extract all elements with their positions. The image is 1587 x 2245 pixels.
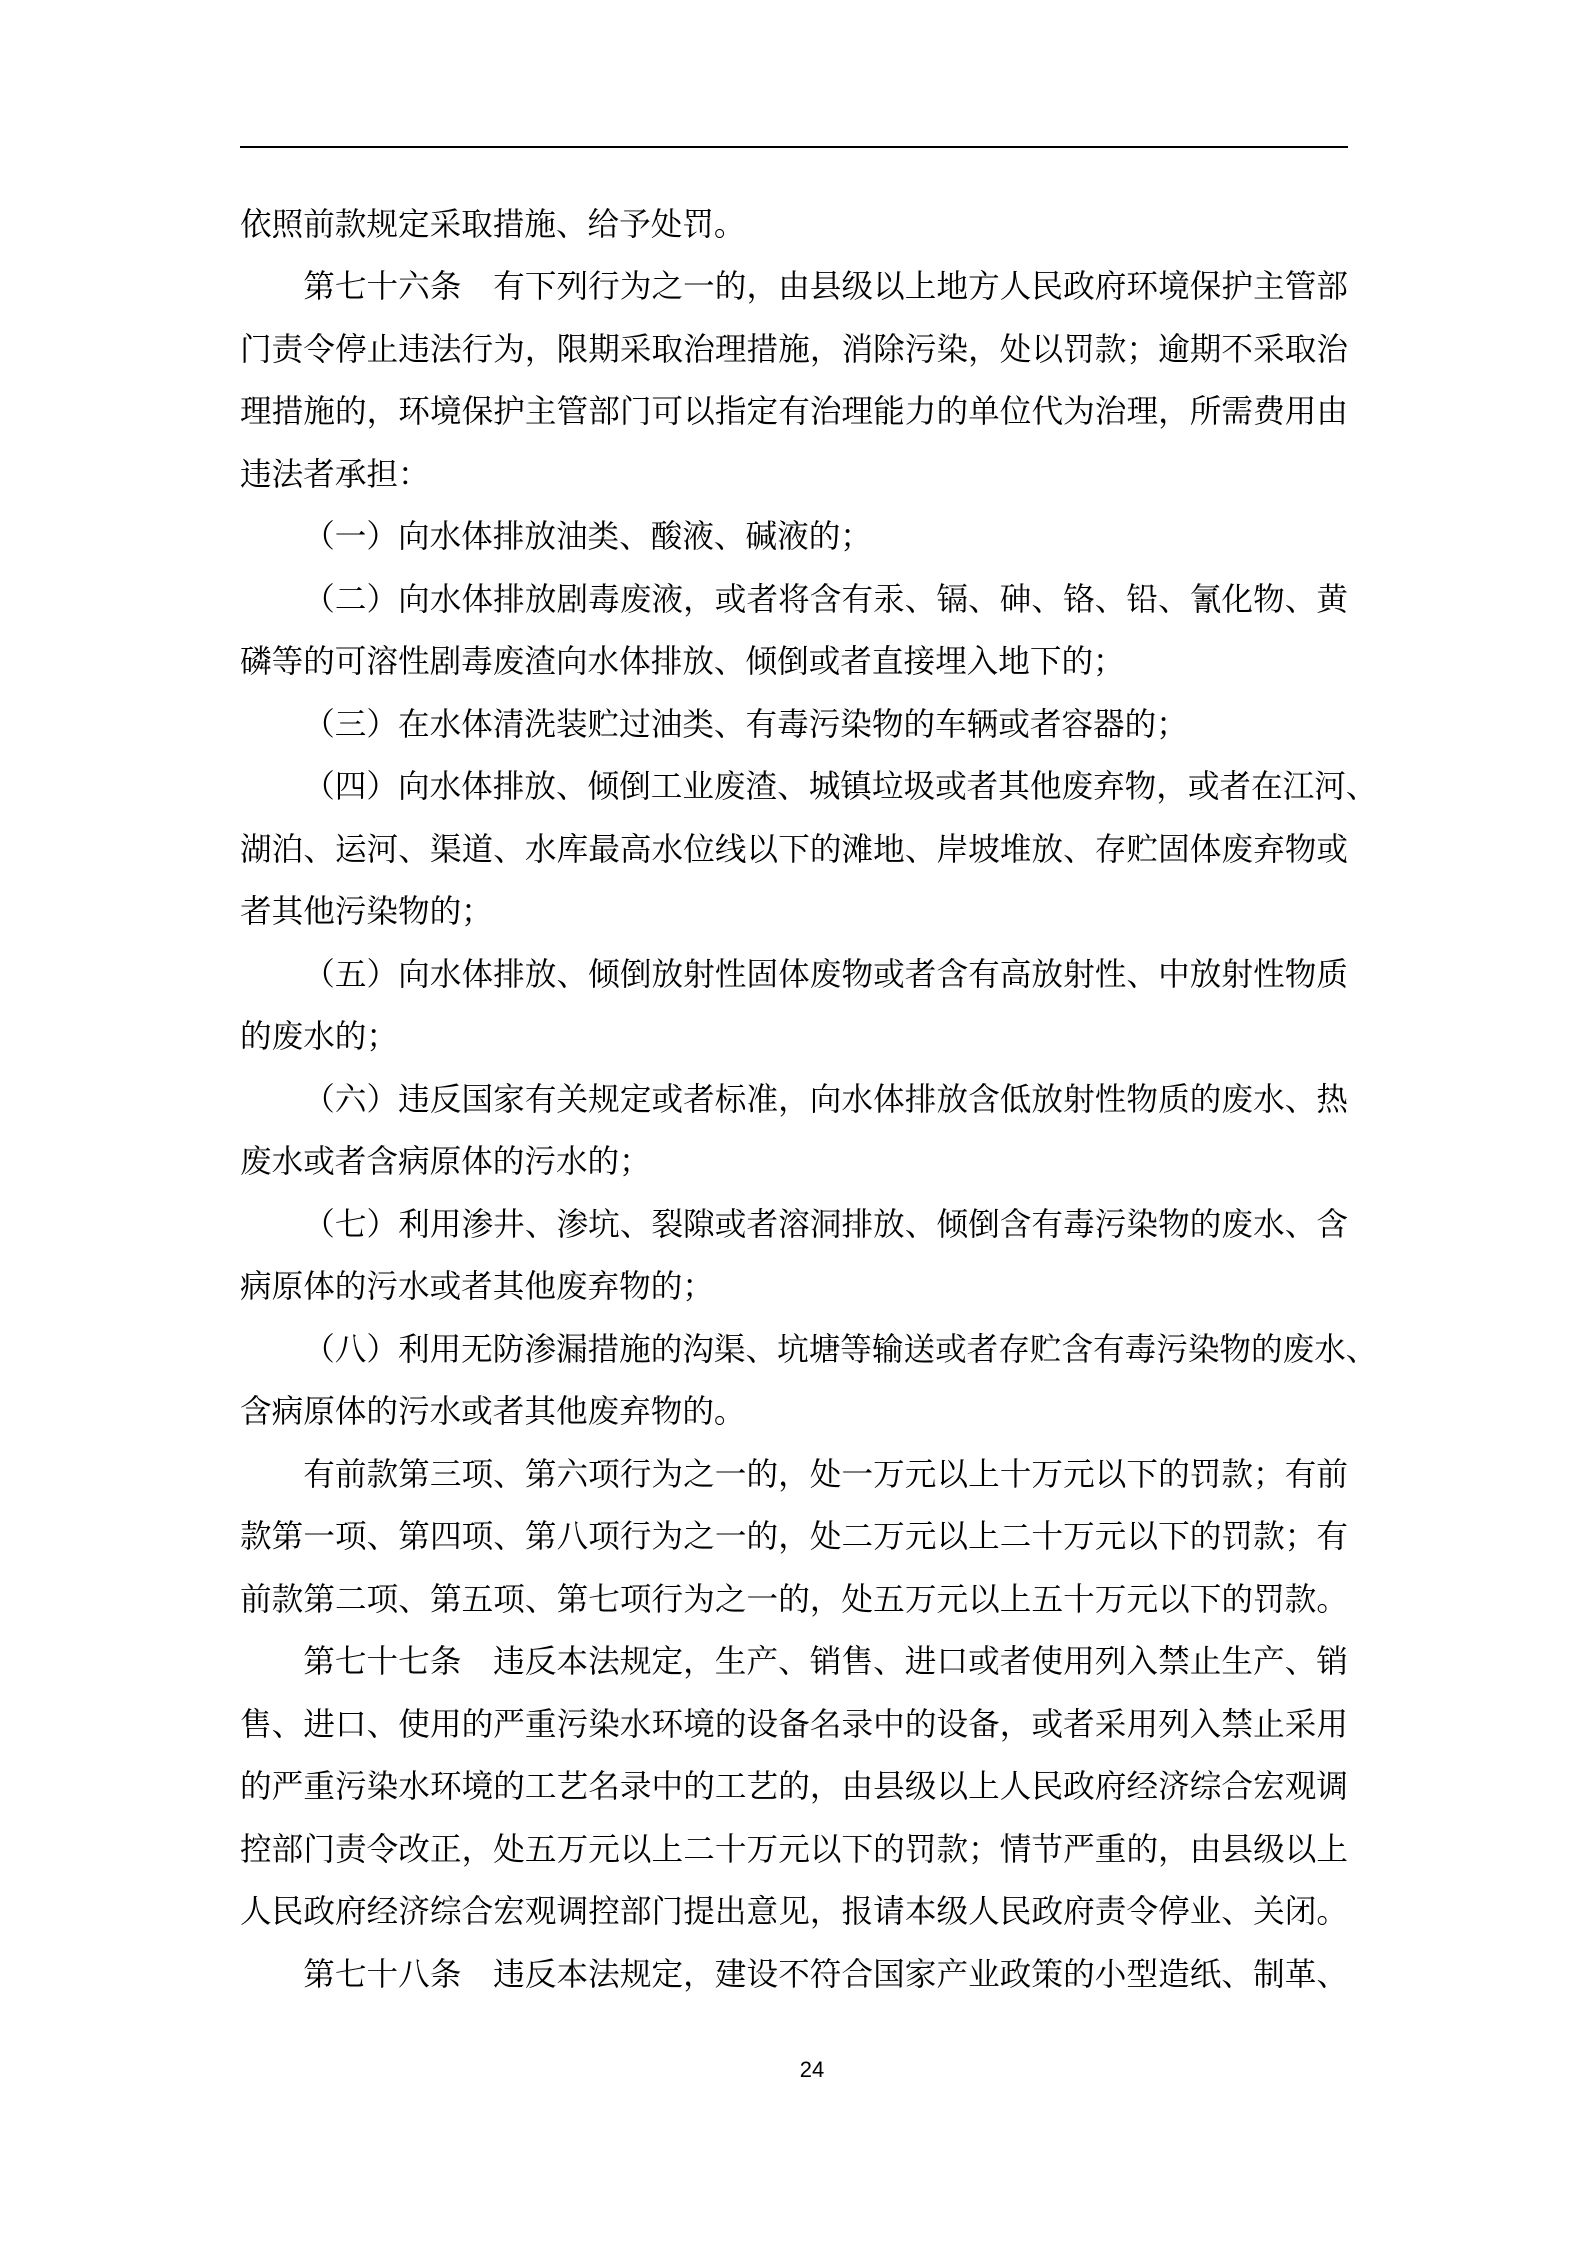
text-line: 违法者承担： (240, 444, 1348, 507)
text-line: （七）利用渗井、渗坑、裂隙或者溶洞排放、倾倒含有毒污染物的废水、含 (240, 1194, 1348, 1257)
text-line: 控部门责令改正，处五万元以上二十万元以下的罚款；情节严重的，由县级以上 (240, 1819, 1348, 1882)
page-number: 24 (782, 2056, 842, 2084)
text-line: 第七十七条 违反本法规定，生产、销售、进口或者使用列入禁止生产、销 (240, 1631, 1348, 1694)
header-rule (240, 146, 1348, 148)
text-line: 的废水的； (240, 1006, 1348, 1069)
text-line: 病原体的污水或者其他废弃物的； (240, 1256, 1348, 1319)
text-line: 门责令停止违法行为，限期采取治理措施，消除污染，处以罚款；逾期不采取治 (240, 319, 1348, 382)
text-line: 的严重污染水环境的工艺名录中的工艺的，由县级以上人民政府经济综合宏观调 (240, 1756, 1348, 1819)
text-line: 湖泊、运河、渠道、水库最高水位线以下的滩地、岸坡堆放、存贮固体废弃物或 (240, 819, 1348, 882)
text-line: （四）向水体排放、倾倒工业废渣、城镇垃圾或者其他废弃物，或者在江河、 (240, 756, 1348, 819)
text-line: 第七十八条 违反本法规定，建设不符合国家产业政策的小型造纸、制革、 (240, 1944, 1348, 2007)
text-line: （六）违反国家有关规定或者标准，向水体排放含低放射性物质的废水、热 (240, 1069, 1348, 1132)
text-line: 依照前款规定采取措施、给予处罚。 (240, 194, 1348, 257)
body-text: 依照前款规定采取措施、给予处罚。 第七十六条 有下列行为之一的，由县级以上地方人… (240, 194, 1348, 2007)
document-page: 依照前款规定采取措施、给予处罚。 第七十六条 有下列行为之一的，由县级以上地方人… (0, 0, 1587, 2245)
text-line: 含病原体的污水或者其他废弃物的。 (240, 1381, 1348, 1444)
text-line: 有前款第三项、第六项行为之一的，处一万元以上十万元以下的罚款；有前 (240, 1444, 1348, 1507)
text-line: （五）向水体排放、倾倒放射性固体废物或者含有高放射性、中放射性物质 (240, 944, 1348, 1007)
text-line: （三）在水体清洗装贮过油类、有毒污染物的车辆或者容器的； (240, 694, 1348, 757)
text-line: 理措施的，环境保护主管部门可以指定有治理能力的单位代为治理，所需费用由 (240, 381, 1348, 444)
text-line: 售、进口、使用的严重污染水环境的设备名录中的设备，或者采用列入禁止采用 (240, 1694, 1348, 1757)
text-line: （一）向水体排放油类、酸液、碱液的； (240, 506, 1348, 569)
text-line: 者其他污染物的； (240, 881, 1348, 944)
text-line: 磷等的可溶性剧毒废渣向水体排放、倾倒或者直接埋入地下的； (240, 631, 1348, 694)
text-line: 人民政府经济综合宏观调控部门提出意见，报请本级人民政府责令停业、关闭。 (240, 1881, 1348, 1944)
text-line: 第七十六条 有下列行为之一的，由县级以上地方人民政府环境保护主管部 (240, 256, 1348, 319)
text-line: （八）利用无防渗漏措施的沟渠、坑塘等输送或者存贮含有毒污染物的废水、 (240, 1319, 1348, 1382)
text-line: 废水或者含病原体的污水的； (240, 1131, 1348, 1194)
text-line: 前款第二项、第五项、第七项行为之一的，处五万元以上五十万元以下的罚款。 (240, 1569, 1348, 1632)
text-line: （二）向水体排放剧毒废液，或者将含有汞、镉、砷、铬、铅、氰化物、黄 (240, 569, 1348, 632)
text-line: 款第一项、第四项、第八项行为之一的，处二万元以上二十万元以下的罚款；有 (240, 1506, 1348, 1569)
